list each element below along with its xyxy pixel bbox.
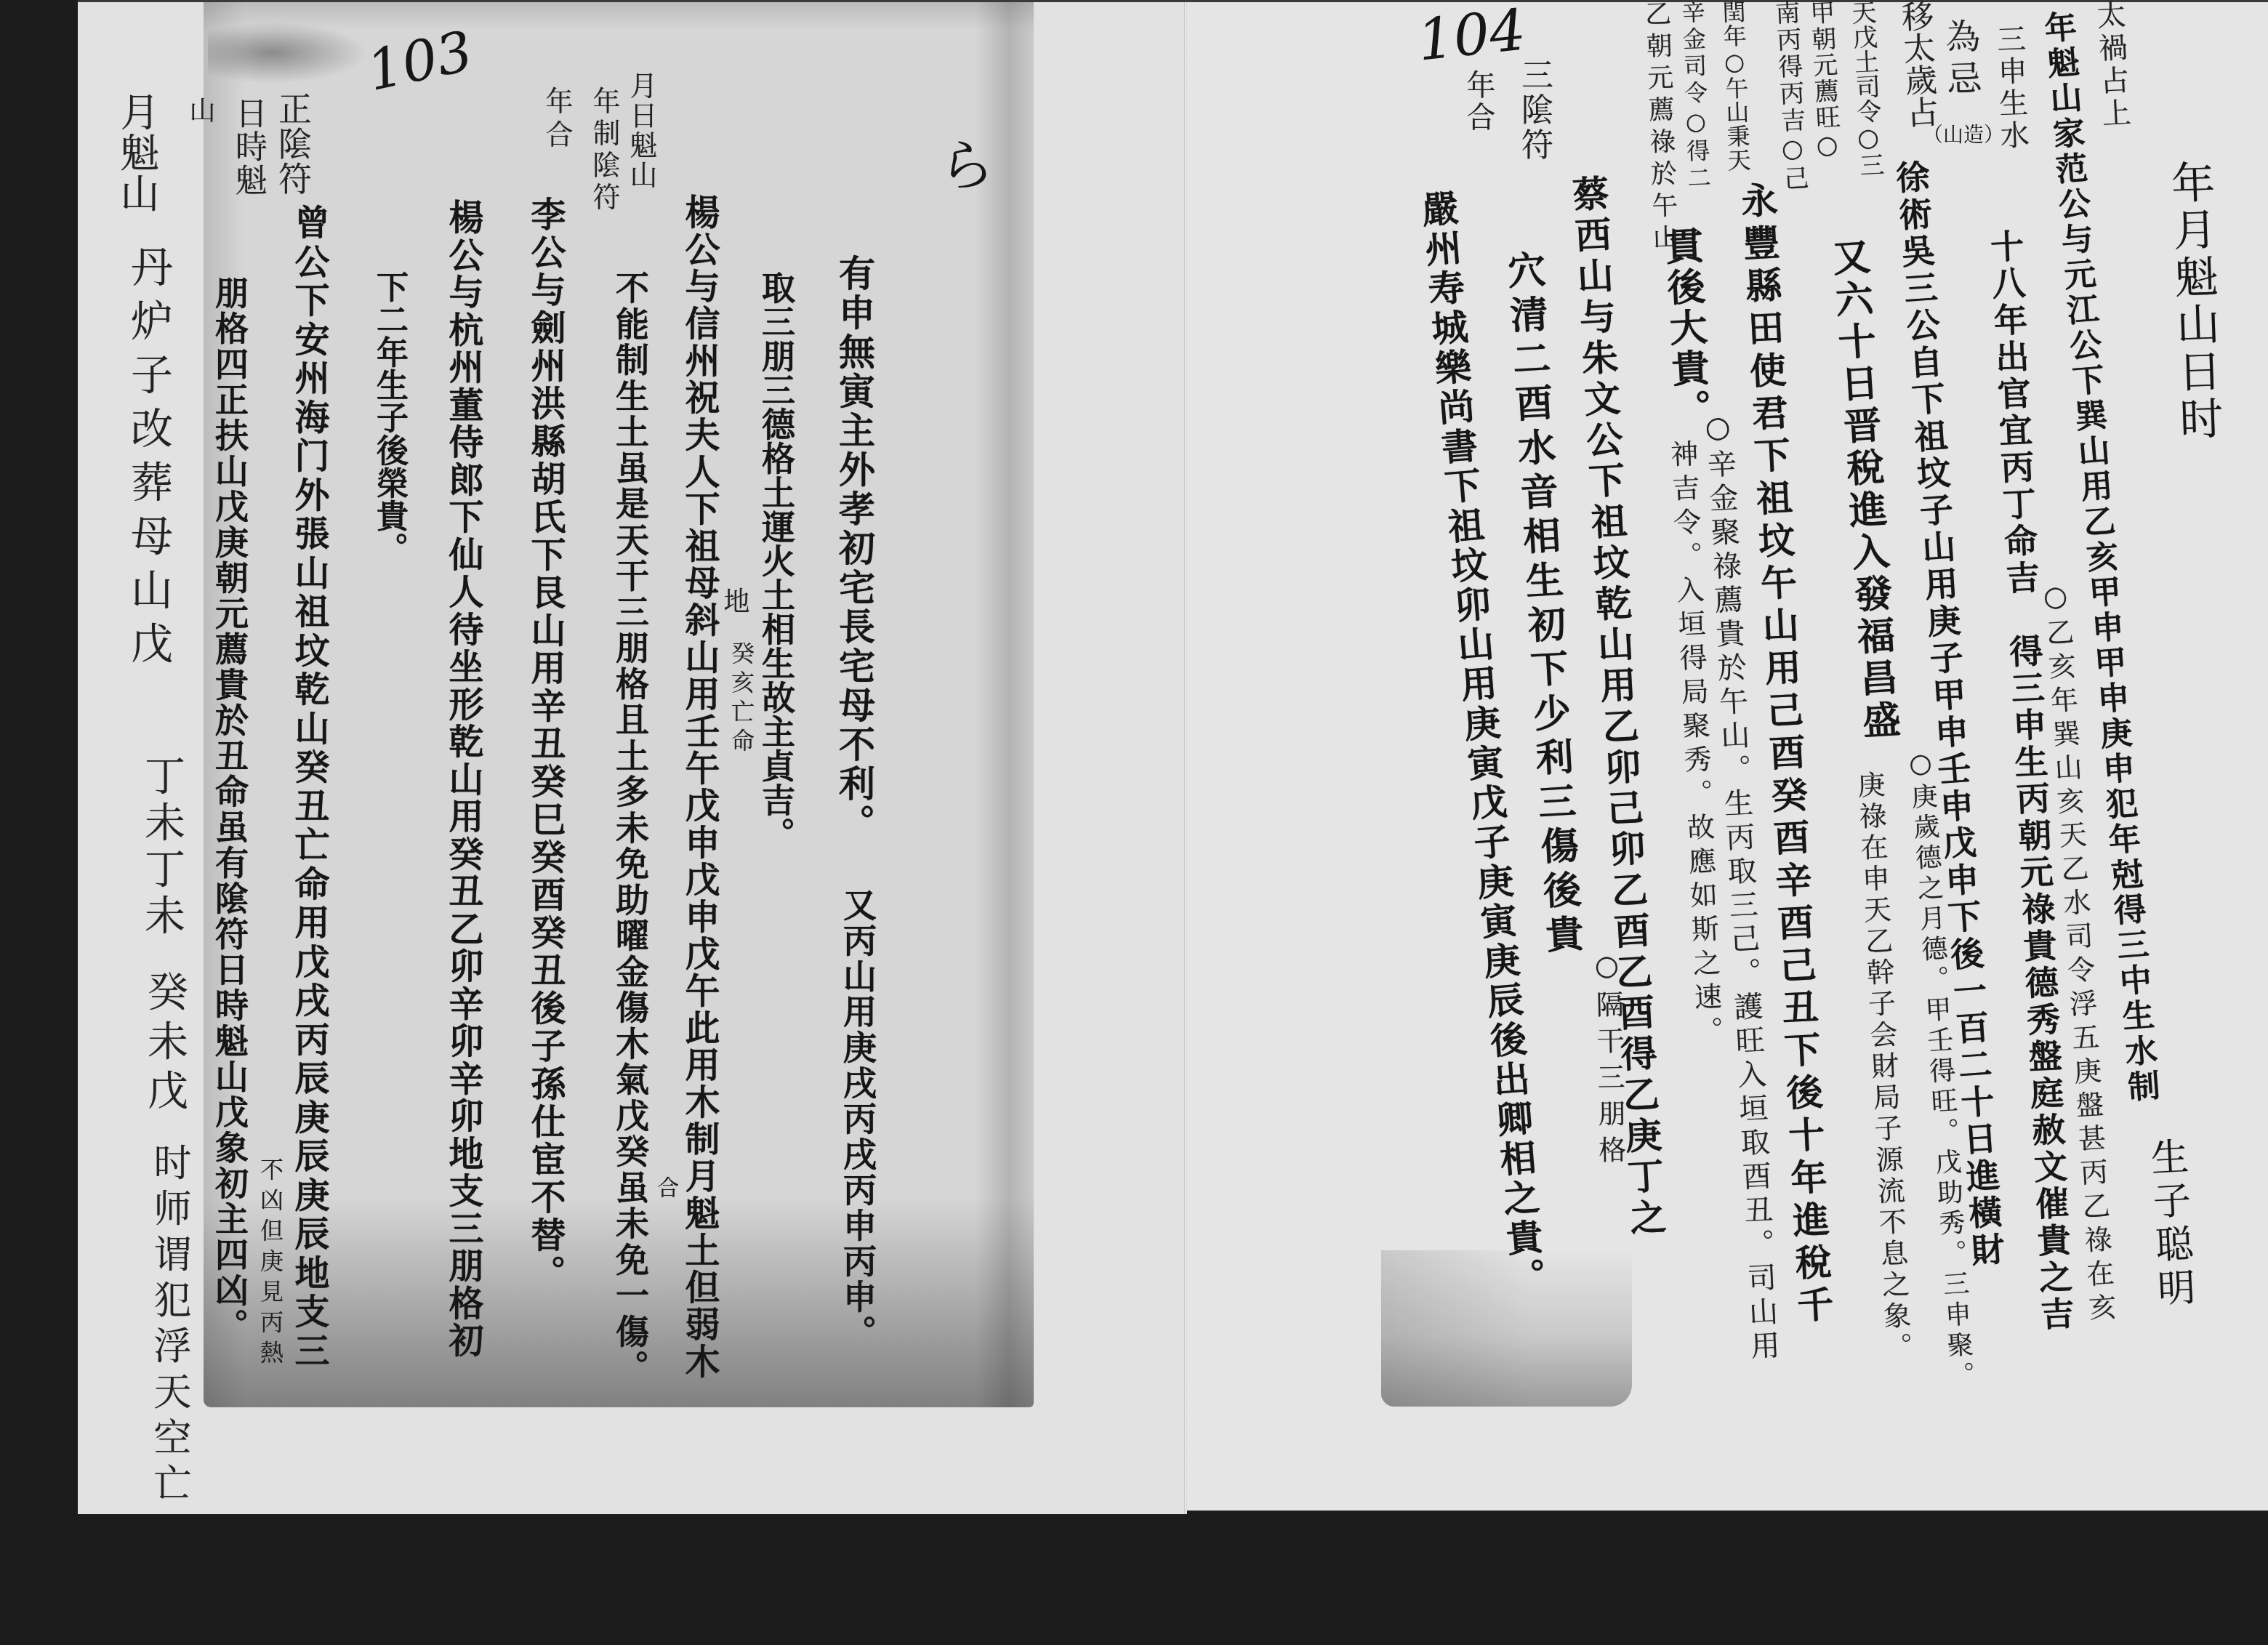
text-column: 朋格四正扶山戊庚朝元薦貴於丑命虽有隂符日時魁山戊象初主四凶。 xyxy=(213,275,246,1344)
corner-mark: ら xyxy=(939,138,994,193)
annotation: 年合 xyxy=(1464,70,1493,134)
text-column: 有申無寅主外孝初宅長宅母不利。 xyxy=(836,254,872,843)
page-number-right: 104 xyxy=(1415,1,1528,69)
annotation: 日時魁 xyxy=(232,97,264,197)
annotation: 年制隂符 xyxy=(590,87,618,214)
margin-text: 癸未戊 xyxy=(144,970,185,1119)
annotation: 太禍占上 xyxy=(2094,0,2129,132)
text-column: 又丙山用庚戌丙戌丙申丙申。 xyxy=(841,888,874,1351)
margin-text: 丹炉子改葬母山戊 xyxy=(127,245,169,675)
text-column: 曾公下安州海门外張山祖坟乾山癸丑亡命用戊戌丙辰庚辰庚辰地支三 xyxy=(291,204,326,1371)
text-column: 不能制生土虽是天干三朋格且土多未免助曜金傷木氣戊癸虽未免一傷。 xyxy=(614,270,647,1386)
text-column: 生子聪明 xyxy=(2146,1137,2192,1313)
margin-text: 丁未丁未 xyxy=(141,755,182,941)
text-column: 楊公与杭州董侍郎下仙人待坐形乾山用癸丑乙卯辛卯辛卯地支三朋格初 xyxy=(446,199,480,1360)
annotation: 甲朝元薦旺○ xyxy=(1807,0,1841,162)
annotation: 山 xyxy=(187,97,213,123)
text-column: 李公与劍州洪縣胡氏下艮山用辛丑癸巳癸酉癸丑後子孫仕宦不替。 xyxy=(528,196,563,1292)
annotation: 年合 xyxy=(543,87,571,153)
annotation: 辛金司令○得二 xyxy=(1680,0,1710,193)
annotation: 閏年○午山秉天 xyxy=(1721,0,1750,172)
annotation: 癸亥亡命 xyxy=(730,641,753,757)
annotation: 移太歲占 xyxy=(1897,0,1936,129)
annotation: 正隂符 xyxy=(276,92,310,196)
annotation: 合 xyxy=(654,1176,676,1198)
annotation: 三隂符 xyxy=(1518,58,1550,163)
text-column: 取三朋三德格土運火土相生故主貞吉。 xyxy=(760,270,793,851)
annotation: 地 xyxy=(721,587,747,614)
annotation: 為忌 xyxy=(1942,17,1979,103)
scan-stain xyxy=(208,22,368,84)
page-title: 年月魁山日时 xyxy=(2167,159,2221,444)
annotation: 不凶但庚見丙熱 xyxy=(259,1157,282,1371)
annotation: ○隔干三朋格 xyxy=(1593,949,1624,1173)
text-column: 貫後大貴。 xyxy=(1660,226,1709,431)
center-fold xyxy=(1184,2,1187,1514)
text-column: 下二年生子後榮貴。 xyxy=(373,270,405,565)
text-column: 楊公与信州祝夫人下祖母斜山用壬午戊申戊申戊午此用木制月魁土但弱木 xyxy=(682,194,717,1380)
margin-text: 时师谓犯浮天空亡 xyxy=(150,1143,188,1509)
margin-text: 月魁山 xyxy=(117,92,156,214)
annotation: 月日魁山 xyxy=(627,71,655,190)
annotation-inline: （山造） xyxy=(1923,125,2004,145)
